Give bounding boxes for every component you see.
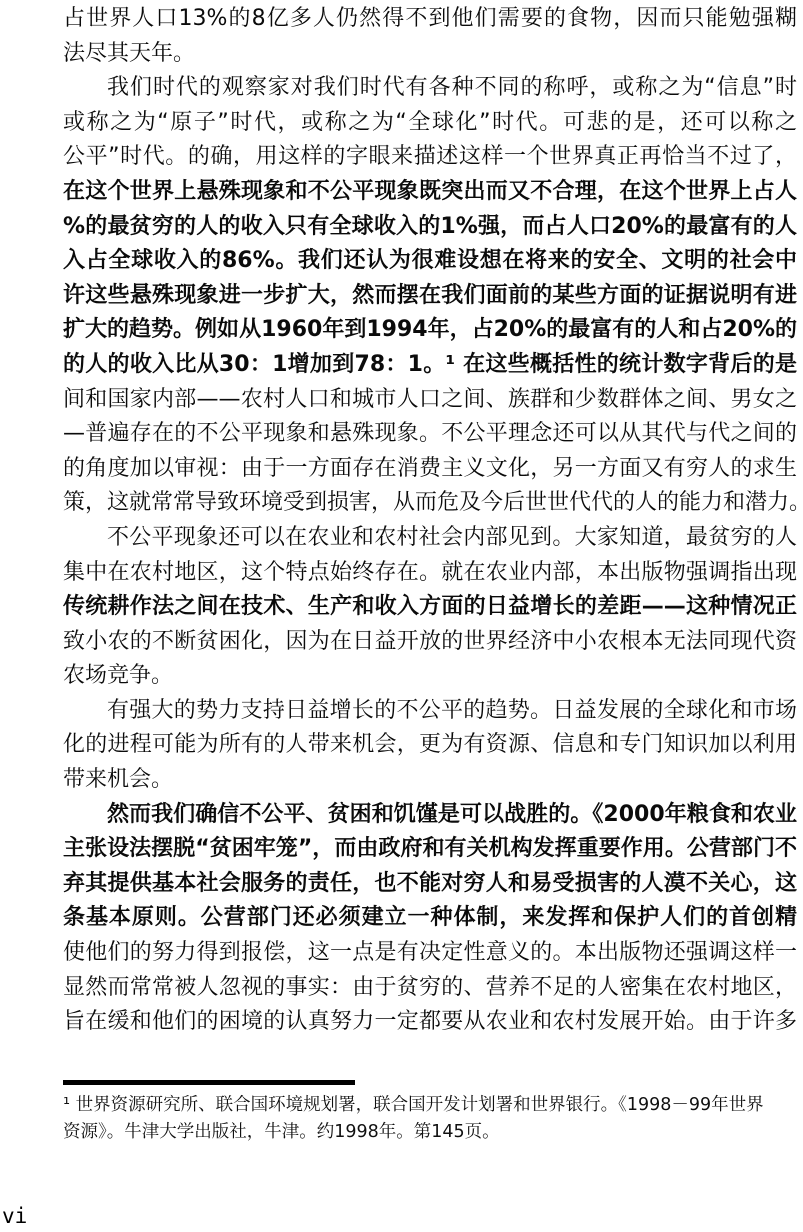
text-line: 集中在农村地区，这个特点始终存在。就在农业内部，本出版物强调指出现代和 [63,556,797,591]
footnote-line: 资源》。牛津大学出版社，牛津。约1998年。第145页。 [63,1119,799,1146]
text-line: 旨在缓和他们的困境的认真努力一定都要从农业和农村发展开始。由于许多穷人 [63,1005,797,1040]
text-line: 公平”时代。的确，用这样的字眼来描述这样一个世界真正再恰当不过了，因为 [63,140,797,175]
text-line: 许这些悬殊现象进一步扩大，然而摆在我们面前的某些方面的证据说明有进一步 [63,279,797,314]
page-number: vi [2,1203,27,1229]
text-line: 策，这就常常导致环境受到损害，从而危及今后世世代代的人的能力和潜力。 [63,486,797,521]
scanned-document-page: 占世界人口13%的8亿多人仍然得不到他们需要的食物，因而只能勉强糊口，无法尽其天… [0,0,803,1232]
text-line: 扩大的趋势。例如从1960年到1994年，占20%的最富有的人和占20%的最贫穷 [63,313,797,348]
text-line: 的人的收入比从30：1增加到78：1。¹ 在这些概括性的统计数字背后的是国家之 [63,348,797,383]
text-line: 法尽其天年。 [63,37,797,72]
text-line: 或称之为“原子”时代，或称之为“全球化”时代。可悲的是，还可以称之为“不 [63,106,797,141]
text-line: 致小农的不断贫困化，因为在日益开放的世界经济中小农根本无法同现代资本化 [63,625,797,660]
text-line: 使他们的努力得到报偿，这一点是有决定性意义的。本出版物还强调这样一个明 [63,936,797,971]
text-line: 主张设法摆脱“贫困牢笼”，而由政府和有关机构发挥重要作用。公营部门不能放 [63,832,797,867]
body-text-block: 占世界人口13%的8亿多人仍然得不到他们需要的食物，因而只能勉强糊口，无法尽其天… [63,2,797,1040]
text-line: 在这个世界上悬殊现象和不公平现象既突出而又不合理，在这个世界上占人口20 [63,175,797,210]
text-line: 显然而常常被人忽视的事实：由于贫穷的、营养不足的人密集在农村地区，任何 [63,971,797,1006]
text-line: 我们时代的观察家对我们时代有各种不同的称呼，或称之为“信息”时代， [63,71,797,106]
text-line: %的最贫穷的人的收入只有全球收入的1%强，而占人口20%的最富有的人的收 [63,210,797,245]
text-line: 间和国家内部——农村人口和城市人口之间、族群和少数群体之间、男女之间— [63,383,797,418]
footnote-line: ¹ 世界资源研究所、联合国环境规划署，联合国开发计划署和世界银行。《1998－9… [63,1092,799,1119]
text-line: 传统耕作法之间在技术、生产和收入方面的日益增长的差距——这种情况正在导 [63,590,797,625]
text-line: 不公平现象还可以在农业和农村社会内部见到。大家知道，最贫穷的人往往 [63,521,797,556]
text-line: 然而我们确信不公平、贫困和饥馑是可以战胜的。《2000年粮食和农业状况》 [63,798,797,833]
text-line: —普遍存在的不公平现象和悬殊现象。不公平理念还可以从其代与代之间的关系 [63,417,797,452]
text-line: 化的进程可能为所有的人带来机会，更为有资源、信息和专门知识加以利用的人 [63,728,797,763]
text-line: 农场竞争。 [63,659,797,694]
text-line: 有强大的势力支持日益增长的不公平的趋势。日益发展的全球化和市场自由 [63,694,797,729]
text-line: 入占全球收入的86%。我们还认为很难设想在将来的安全、文明的社会中可以容 [63,244,797,279]
footnote-separator-rule [63,1080,355,1085]
footnote: ¹ 世界资源研究所、联合国环境规划署，联合国开发计划署和世界银行。《1998－9… [63,1092,799,1146]
text-line: 条基本原则。公营部门还必须建立一种体制，来发挥和保护人们的首创精神，并 [63,901,797,936]
text-line: 带来机会。 [63,763,797,798]
text-line: 弃其提供基本社会服务的责任，也不能对穷人和易受损害的人漠不关心，这是一 [63,867,797,902]
text-line: 占世界人口13%的8亿多人仍然得不到他们需要的食物，因而只能勉强糊口，无 [63,2,797,37]
text-line: 的角度加以审视：由于一方面存在消费主义文化，另一方面又有穷人的求生存对 [63,452,797,487]
